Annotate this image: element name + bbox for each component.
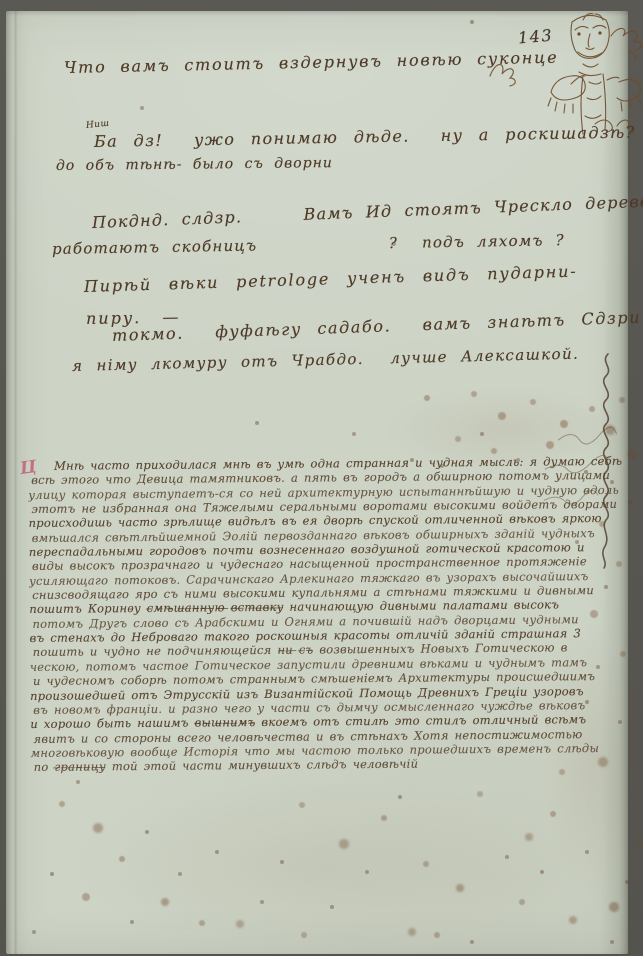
draft-paragraph: Мнѣ часто приходилася мнѣ въ умѣ одна ст… <box>28 454 633 775</box>
manuscript-scan: 143 <box>0 0 643 956</box>
foxing-spots-small <box>0 0 4 4</box>
handwritten-line: до объ тѣнѣ- было съ дворни <box>56 155 333 174</box>
foxing-spots-medium <box>0 0 4 4</box>
foxing-spots-large <box>0 0 4 4</box>
page-number: 143 <box>517 26 554 48</box>
